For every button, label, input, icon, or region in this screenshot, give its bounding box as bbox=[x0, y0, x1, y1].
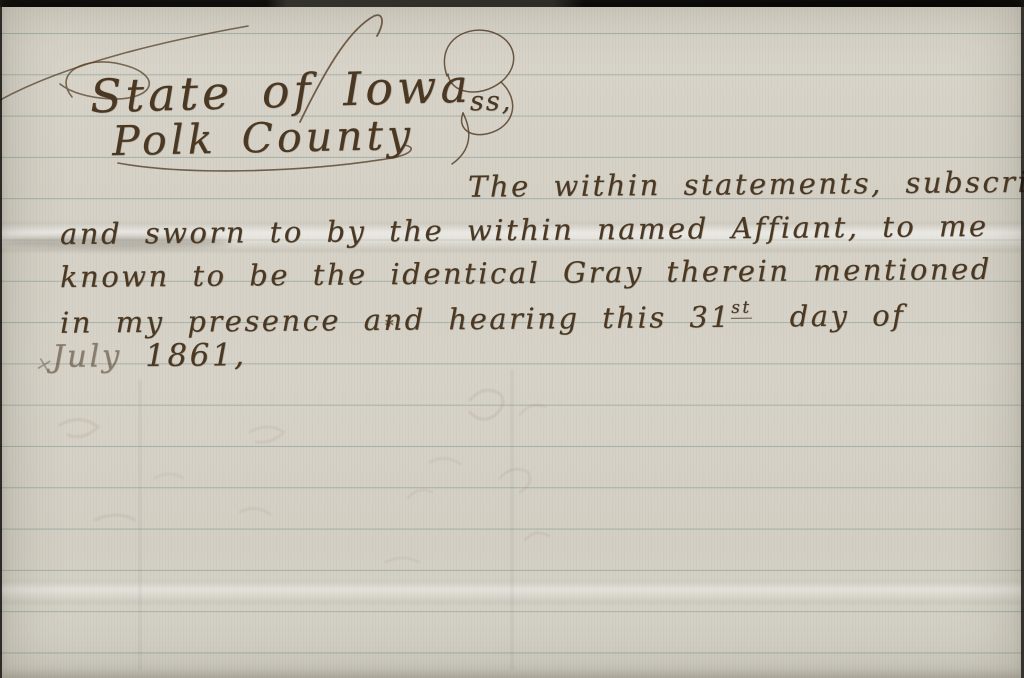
ruled-lines bbox=[0, 0, 1024, 678]
year-number: 1861, bbox=[145, 337, 247, 374]
ink-bleedthrough-marks bbox=[0, 0, 1024, 678]
vertical-crease-left bbox=[139, 380, 141, 670]
scan-edge-top bbox=[0, 0, 1024, 7]
body-line-3: known to be the identical Gray therein m… bbox=[60, 252, 992, 294]
margin-pencil-x-mark: × bbox=[33, 350, 55, 377]
asterisk-mark: * bbox=[385, 316, 396, 336]
vertical-crease-middle bbox=[511, 370, 513, 670]
body-line-4: in my presence and hearing this 31stday … bbox=[60, 295, 906, 339]
scanned-document-page: State of Iowa Polk County ss, The within… bbox=[0, 0, 1024, 678]
pen-flourish-ornaments bbox=[0, 0, 1024, 678]
month-word: July bbox=[52, 338, 145, 375]
body-line-4-text: in my presence and hearing this bbox=[60, 300, 690, 339]
scan-edge-left bbox=[0, 0, 2, 678]
day-ordinal-suffix: st bbox=[731, 297, 752, 319]
day-number: 31 bbox=[689, 300, 731, 334]
ss-scilicet-marker: ss, bbox=[470, 86, 512, 117]
body-line-4-end: day of bbox=[790, 298, 906, 333]
fold-shadow-left bbox=[0, 236, 230, 248]
paper-vignette bbox=[0, 0, 1024, 678]
body-line-1: The within statements, subscribed bbox=[468, 164, 1024, 203]
header-state-line: State of Iowa bbox=[89, 59, 472, 124]
date-line: July 1861, bbox=[52, 337, 247, 375]
horizontal-fold-crease-lower bbox=[0, 580, 1024, 604]
header-county-line: Polk County bbox=[112, 111, 415, 165]
